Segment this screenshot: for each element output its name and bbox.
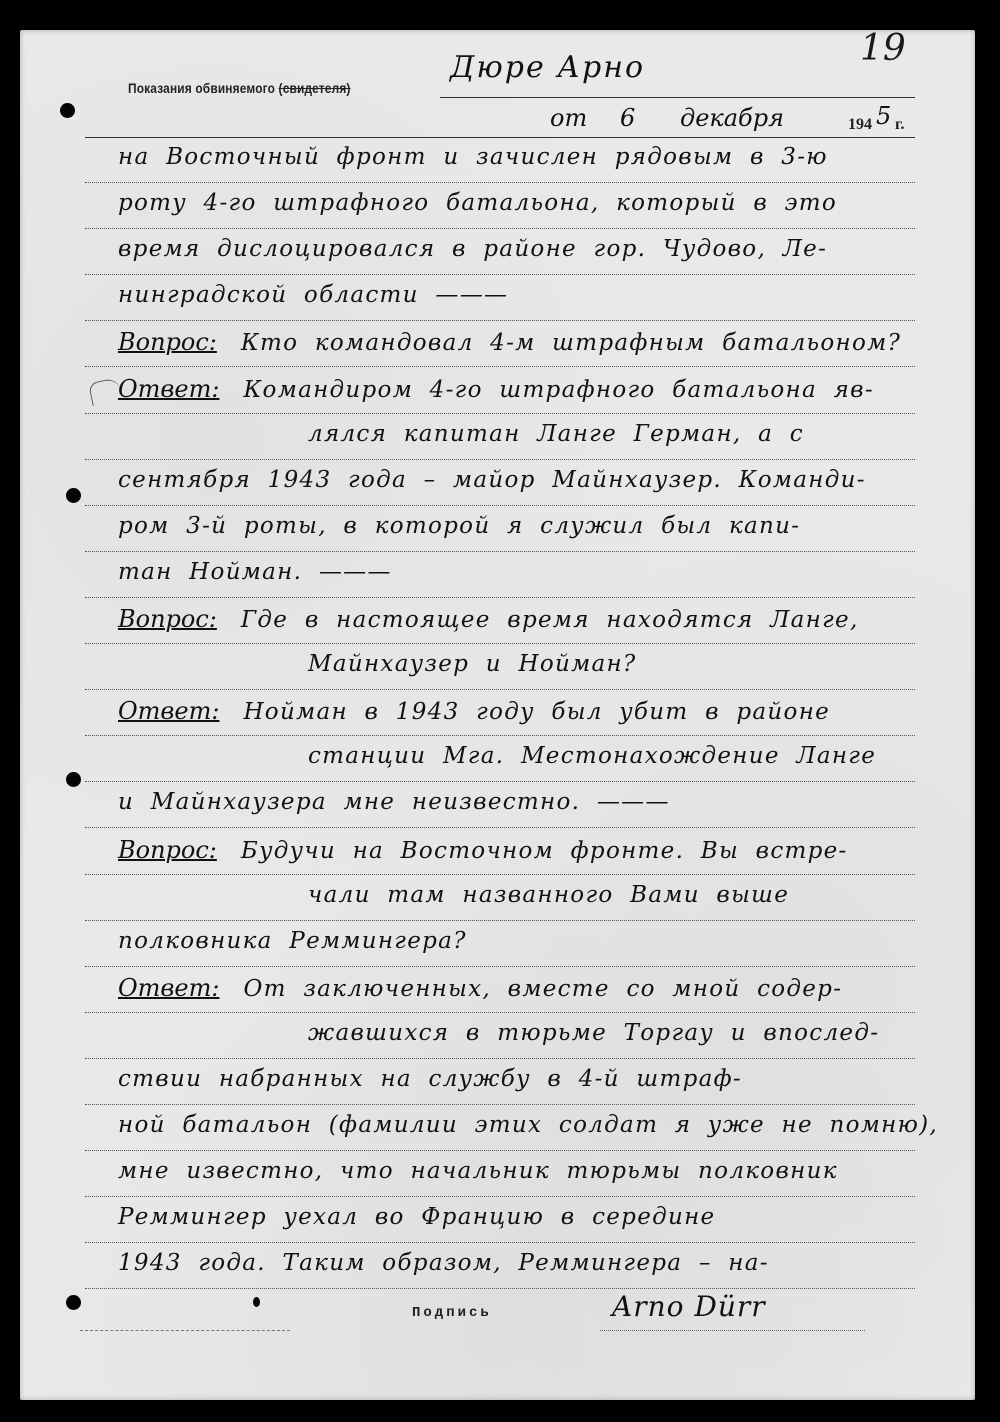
- punch-hole: [253, 1297, 260, 1307]
- qa-line: Ответ:Нойман в 1943 году был убит в райо…: [118, 697, 918, 737]
- punch-hole: [66, 488, 81, 503]
- handwritten-text: мне известно, что начальник тюрьмы полко…: [118, 1158, 838, 1184]
- handwritten-text: на Восточный фронт и зачислен рядовым в …: [118, 144, 828, 170]
- handwritten-text: время дислоцировался в районе гор. Чудов…: [118, 236, 827, 262]
- qa-line: Вопрос:Кто командовал 4-м штрафным батал…: [118, 328, 918, 368]
- qa-line: Ответ:От заключенных, вместе со мной сод…: [118, 974, 918, 1014]
- handwritten-text: сентября 1943 года – майор Майнхаузер. К…: [118, 467, 866, 493]
- ruled-line: [85, 1104, 915, 1105]
- handwritten-text: нинградской области ———: [118, 282, 508, 308]
- text-line: ром 3-й роты, в которой я служил был кап…: [118, 513, 918, 553]
- ruled-line: [85, 1242, 915, 1243]
- handwritten-text: станции Мга. Местонахождение Ланге: [308, 743, 876, 769]
- text-line: мне известно, что начальник тюрьмы полко…: [118, 1158, 918, 1198]
- handwritten-text: Нойман в 1943 году был убит в районе: [243, 699, 830, 725]
- ruled-line: [85, 781, 915, 782]
- text-line: чали там названного Вами выше: [118, 882, 1000, 922]
- ruled-line: [85, 1288, 915, 1289]
- text-line: станции Мга. Местонахождение Ланге: [118, 743, 1000, 783]
- ruled-line: [85, 366, 915, 367]
- handwritten-text: Где в настоящее время находятся Ланге,: [241, 607, 859, 633]
- header-underline: [440, 97, 915, 98]
- date-prefix: от: [550, 104, 587, 132]
- text-line: жавшихся в тюрьме Торгау и впослед-: [118, 1020, 1000, 1060]
- qa-line: Вопрос:Где в настоящее время находятся Л…: [118, 605, 918, 645]
- handwritten-text: От заключенных, вместе со мной содер-: [243, 976, 842, 1002]
- text-line: тан Нойман. ———: [118, 559, 918, 599]
- text-line: нинградской области ———: [118, 282, 918, 322]
- ruled-line: [85, 1196, 915, 1197]
- handwritten-text: Будучи на Восточном фронте. Вы встре-: [241, 838, 848, 864]
- ruled-line: [85, 920, 915, 921]
- text-line: 1943 года. Таким образом, Реммингера – н…: [118, 1250, 918, 1290]
- qa-line: Ответ:Командиром 4-го штрафного батальон…: [118, 375, 918, 415]
- ruled-line: [85, 827, 915, 828]
- ruled-line: [85, 735, 915, 736]
- ruled-line: [85, 689, 915, 690]
- ruled-line: [85, 1150, 915, 1151]
- header-label-struck: (свидетеля): [279, 80, 351, 96]
- header-label-prefix: Показания обвиняемого: [128, 80, 275, 96]
- handwritten-text: роту 4-го штрафного батальона, который в…: [118, 190, 837, 216]
- handwritten-text: ной батальон (фамилии этих солдат я уже …: [118, 1112, 938, 1138]
- ruled-line: [85, 137, 915, 138]
- footer-dash-line: [80, 1330, 290, 1331]
- handwritten-text: 1943 года. Таким образом, Реммингера – н…: [118, 1250, 769, 1276]
- date-month: декабря: [680, 104, 784, 132]
- signature-line: [600, 1330, 865, 1331]
- text-line: Майнхаузер и Нойман?: [118, 651, 1000, 691]
- person-name: Дюре Арно: [450, 50, 645, 85]
- handwritten-text: ствии набранных на службу в 4-й штраф-: [118, 1066, 742, 1092]
- text-line: полковника Реммингера?: [118, 928, 918, 968]
- ruled-line: [85, 874, 915, 875]
- ruled-line: [85, 320, 915, 321]
- qa-line: Вопрос:Будучи на Восточном фронте. Вы вс…: [118, 836, 918, 876]
- ruled-line: [85, 274, 915, 275]
- ruled-line: [85, 505, 915, 506]
- text-line: время дислоцировался в районе гор. Чудов…: [118, 236, 918, 276]
- handwritten-text: и Майнхаузера мне неизвестно. ———: [118, 789, 670, 815]
- ruled-line: [85, 413, 915, 414]
- handwritten-text: Майнхаузер и Нойман?: [308, 651, 637, 677]
- date-year-handwritten: 5: [876, 102, 891, 130]
- ruled-line: [85, 459, 915, 460]
- handwritten-text: тан Нойман. ———: [118, 559, 392, 585]
- qa-label: Вопрос:: [118, 605, 217, 633]
- punch-hole: [60, 103, 75, 118]
- handwritten-text: Кто командовал 4-м штрафным батальоном?: [241, 330, 901, 356]
- handwritten-text: ром 3-й роты, в которой я служил был кап…: [118, 513, 800, 539]
- ruled-line: [85, 228, 915, 229]
- text-line: роту 4-го штрафного батальона, который в…: [118, 190, 918, 230]
- ruled-line: [85, 1012, 915, 1013]
- qa-label: Вопрос:: [118, 328, 217, 356]
- signature-label: Подпись: [412, 1305, 492, 1321]
- handwritten-text: лялся капитан Ланге Герман, а с: [308, 421, 804, 447]
- qa-label: Ответ:: [118, 974, 219, 1002]
- ruled-line: [85, 1058, 915, 1059]
- handwritten-text: полковника Реммингера?: [118, 928, 467, 954]
- qa-label: Ответ:: [118, 375, 219, 403]
- handwritten-text: чали там названного Вами выше: [308, 882, 789, 908]
- header-label: Показания обвиняемого (свидетеля): [128, 80, 351, 96]
- punch-hole: [66, 1295, 81, 1310]
- text-line: на Восточный фронт и зачислен рядовым в …: [118, 144, 918, 184]
- ruled-line: [85, 966, 915, 967]
- qa-label: Вопрос:: [118, 836, 217, 864]
- punch-hole: [66, 772, 81, 787]
- ruled-line: [85, 643, 915, 644]
- text-line: сентября 1943 года – майор Майнхаузер. К…: [118, 467, 918, 507]
- handwritten-text: Командиром 4-го штрафного батальона яв-: [243, 377, 873, 403]
- text-line: ствии набранных на службу в 4-й штраф-: [118, 1066, 918, 1106]
- text-line: Реммингер уехал во Францию в середине: [118, 1204, 918, 1244]
- text-line: и Майнхаузера мне неизвестно. ———: [118, 789, 918, 829]
- handwritten-text: Реммингер уехал во Францию в середине: [118, 1204, 715, 1230]
- text-line: лялся капитан Ланге Герман, а с: [118, 421, 1000, 461]
- signature: Arno Dürr: [612, 1290, 766, 1323]
- ruled-line: [85, 182, 915, 183]
- text-line: ной батальон (фамилии этих солдат я уже …: [118, 1112, 918, 1152]
- ruled-line: [85, 551, 915, 552]
- date-day: 6: [620, 104, 635, 132]
- date-year-printed: 194: [848, 116, 872, 134]
- date-suffix: г.: [895, 116, 904, 134]
- ruled-line: [85, 597, 915, 598]
- qa-label: Ответ:: [118, 697, 219, 725]
- page-number: 19: [860, 28, 906, 69]
- handwritten-text: жавшихся в тюрьме Торгау и впослед-: [308, 1020, 879, 1046]
- date-row: от 6 декабря 194 5 г.: [550, 104, 920, 136]
